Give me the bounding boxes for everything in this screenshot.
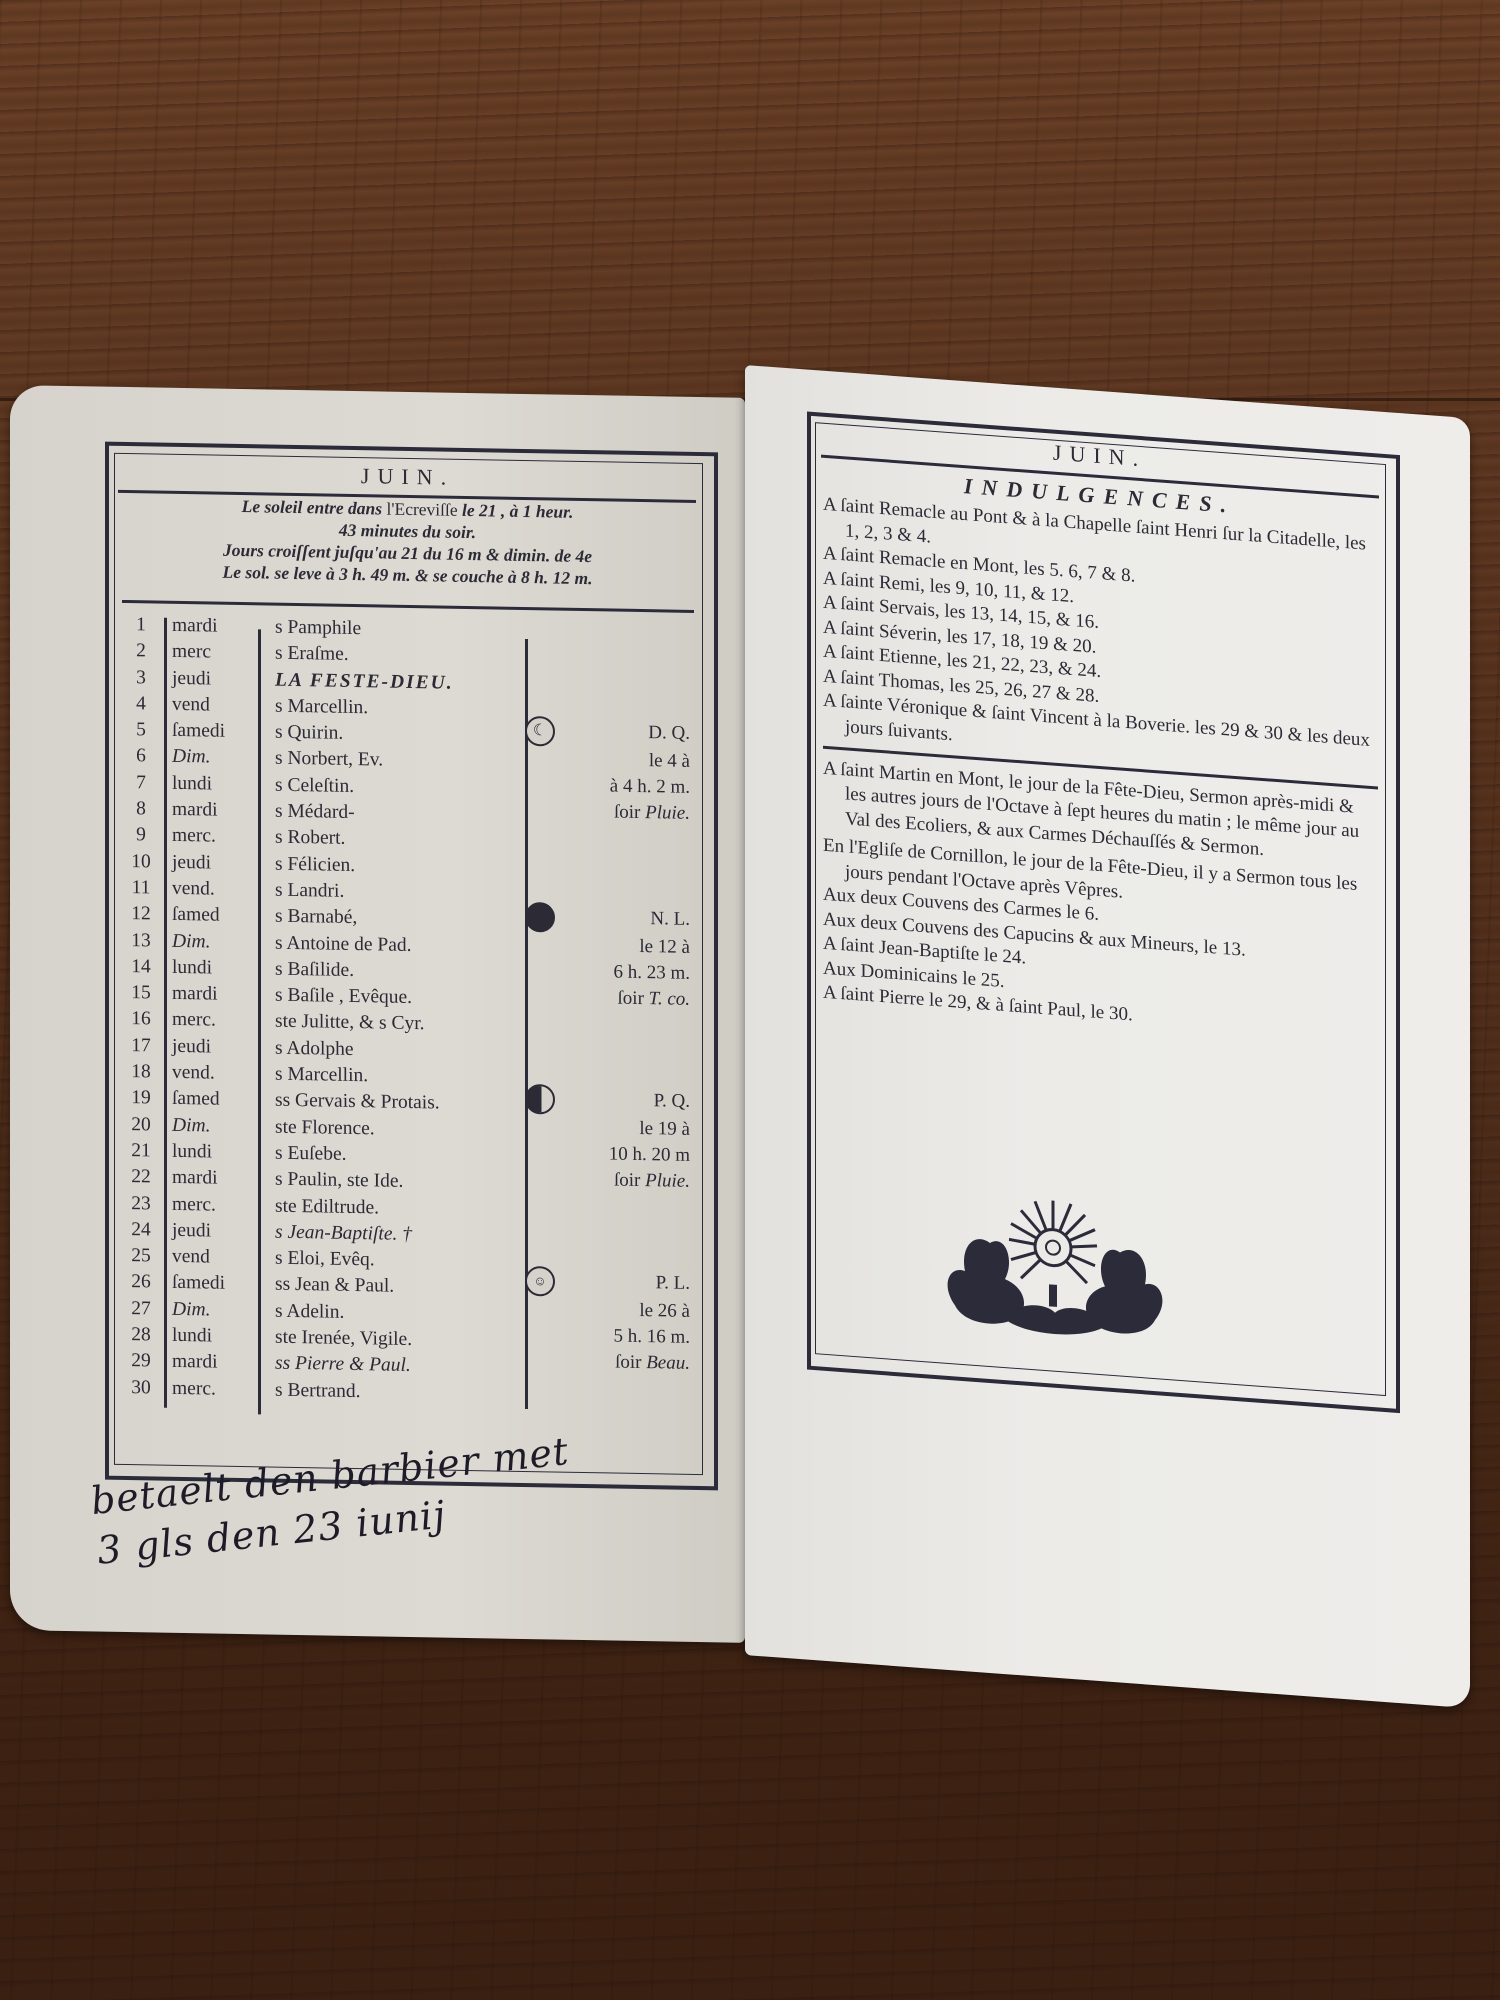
moon-phase-first-quarter: P. Q. le 19 à 10 h. 20 m ſoir Pluie.: [525, 1084, 690, 1195]
phase-time: à 4 h. 2 m.: [525, 772, 690, 801]
weekday: mardi: [162, 1165, 267, 1193]
day-number: 6: [120, 743, 162, 770]
weekday: lundi: [162, 1323, 267, 1351]
day-number: 20: [120, 1112, 162, 1139]
sun-entry-date: le 21 , à 1 heur.: [462, 500, 573, 522]
day-number: 16: [120, 1006, 162, 1033]
phase-time: 10 h. 20 m: [525, 1140, 690, 1169]
first-quarter-moon-icon: [525, 1084, 555, 1115]
sun-info-block: Le soleil entre dans l'Ecreviſſe le 21 ,…: [120, 493, 695, 591]
phase-label: P. L.: [656, 1270, 690, 1297]
day-number: 19: [120, 1085, 162, 1112]
day-number: 28: [120, 1322, 162, 1349]
weekday: jeudi: [162, 849, 267, 877]
last-quarter-moon-icon: ☾: [525, 716, 555, 747]
day-number: 24: [120, 1217, 162, 1244]
weekday-sunday: Dim.: [162, 744, 267, 772]
phase-label: N. L.: [650, 906, 690, 933]
weekday: mardi: [162, 981, 267, 1009]
phase-period: ſoir: [618, 988, 644, 1009]
new-moon-icon: [525, 902, 555, 933]
day-number: 22: [120, 1164, 162, 1191]
phase-time: 5 h. 16 m.: [525, 1322, 690, 1351]
weather-forecast: T. co.: [649, 988, 690, 1010]
phase-time: 6 h. 23 m.: [525, 958, 690, 987]
weekday: lundi: [162, 770, 267, 798]
day-number: 11: [120, 875, 162, 902]
weekday: lundi: [162, 955, 267, 983]
day-number: 23: [120, 1190, 162, 1217]
weekday: jeudi: [162, 665, 267, 693]
day-number: 25: [120, 1243, 162, 1270]
right-page: JUIN. INDULGENCES. A ſaint Remacle au Po…: [745, 365, 1470, 1708]
weekday: merc: [162, 639, 267, 667]
weekday: jeudi: [162, 1217, 267, 1245]
sun-entry-text: Le soleil entre dans: [242, 496, 382, 518]
sign-cancer: l'Ecreviſſe: [382, 498, 462, 519]
day-number: 18: [120, 1059, 162, 1086]
day-number: 1: [120, 612, 162, 639]
weekday: vend.: [162, 1060, 267, 1088]
weekday-sunday: Dim.: [162, 1296, 267, 1324]
day-number: 7: [120, 770, 162, 797]
day-number: 14: [120, 954, 162, 981]
weekday-sunday: Dim.: [162, 1112, 267, 1140]
day-number: 12: [120, 901, 162, 928]
phase-period: ſoir: [614, 802, 640, 823]
day-number: 9: [120, 822, 162, 849]
day-number: 2: [120, 638, 162, 665]
saint-name: s Bertrand.: [267, 1377, 540, 1408]
weekday: ſamedi: [162, 1270, 267, 1298]
weekday: vend.: [162, 876, 267, 904]
day-number: 26: [120, 1269, 162, 1296]
phase-date: le 12 à: [525, 932, 690, 961]
weekday: mardi: [162, 613, 267, 641]
day-number: 15: [120, 980, 162, 1007]
weekday-sunday: Dim.: [162, 928, 267, 956]
weekday: merc.: [162, 823, 267, 851]
weekday: merc.: [162, 1375, 267, 1403]
weekday: ſamed: [162, 902, 267, 930]
weekday: lundi: [162, 1139, 267, 1167]
day-number: 29: [120, 1348, 162, 1375]
weather-forecast: Pluie.: [645, 802, 690, 824]
phase-label: P. Q.: [654, 1088, 690, 1115]
phase-period: ſoir: [615, 1352, 641, 1373]
weekday: vend: [162, 692, 267, 720]
day-number: 3: [120, 665, 162, 692]
moon-phase-last-quarter: ☾D. Q. le 4 à à 4 h. 2 m. ſoir Pluie.: [525, 716, 690, 827]
weekday: vend: [162, 1244, 267, 1272]
day-number: 30: [120, 1375, 162, 1402]
phase-date: le 4 à: [525, 746, 690, 775]
weekday: ſamed: [162, 1086, 267, 1114]
day-number: 8: [120, 796, 162, 823]
day-number: 4: [120, 691, 162, 718]
day-number: 10: [120, 849, 162, 876]
weekday: ſamedi: [162, 718, 267, 746]
phase-label: D. Q.: [648, 720, 690, 747]
day-number: 5: [120, 717, 162, 744]
weekday: jeudi: [162, 1033, 267, 1061]
weather-forecast: Beau.: [646, 1352, 690, 1374]
weekday: mardi: [162, 797, 267, 825]
full-moon-icon: ☺: [525, 1266, 555, 1297]
weekday: merc.: [162, 1191, 267, 1219]
indulgences-list: A ſaint Remacle au Pont & à la Chapelle …: [823, 493, 1378, 1046]
monstrance-ornament-icon: [935, 1184, 1175, 1352]
moon-phase-new: N. L. le 12 à 6 h. 23 m. ſoir T. co.: [525, 902, 690, 1013]
weather-forecast: Pluie.: [645, 1170, 690, 1192]
day-number: 17: [120, 1033, 162, 1060]
moon-phase-full: ☺P. L. le 26 à 5 h. 16 m. ſoir Beau.: [525, 1266, 690, 1377]
phase-date: le 26 à: [525, 1296, 690, 1325]
weekday: merc.: [162, 1007, 267, 1035]
phase-date: le 19 à: [525, 1114, 690, 1143]
left-page: JUIN. Le soleil entre dans l'Ecreviſſe l…: [10, 385, 745, 1643]
phase-period: ſoir: [614, 1170, 640, 1191]
day-number: 27: [120, 1296, 162, 1323]
day-number: 21: [120, 1138, 162, 1165]
day-number: 13: [120, 927, 162, 954]
weekday: mardi: [162, 1349, 267, 1377]
